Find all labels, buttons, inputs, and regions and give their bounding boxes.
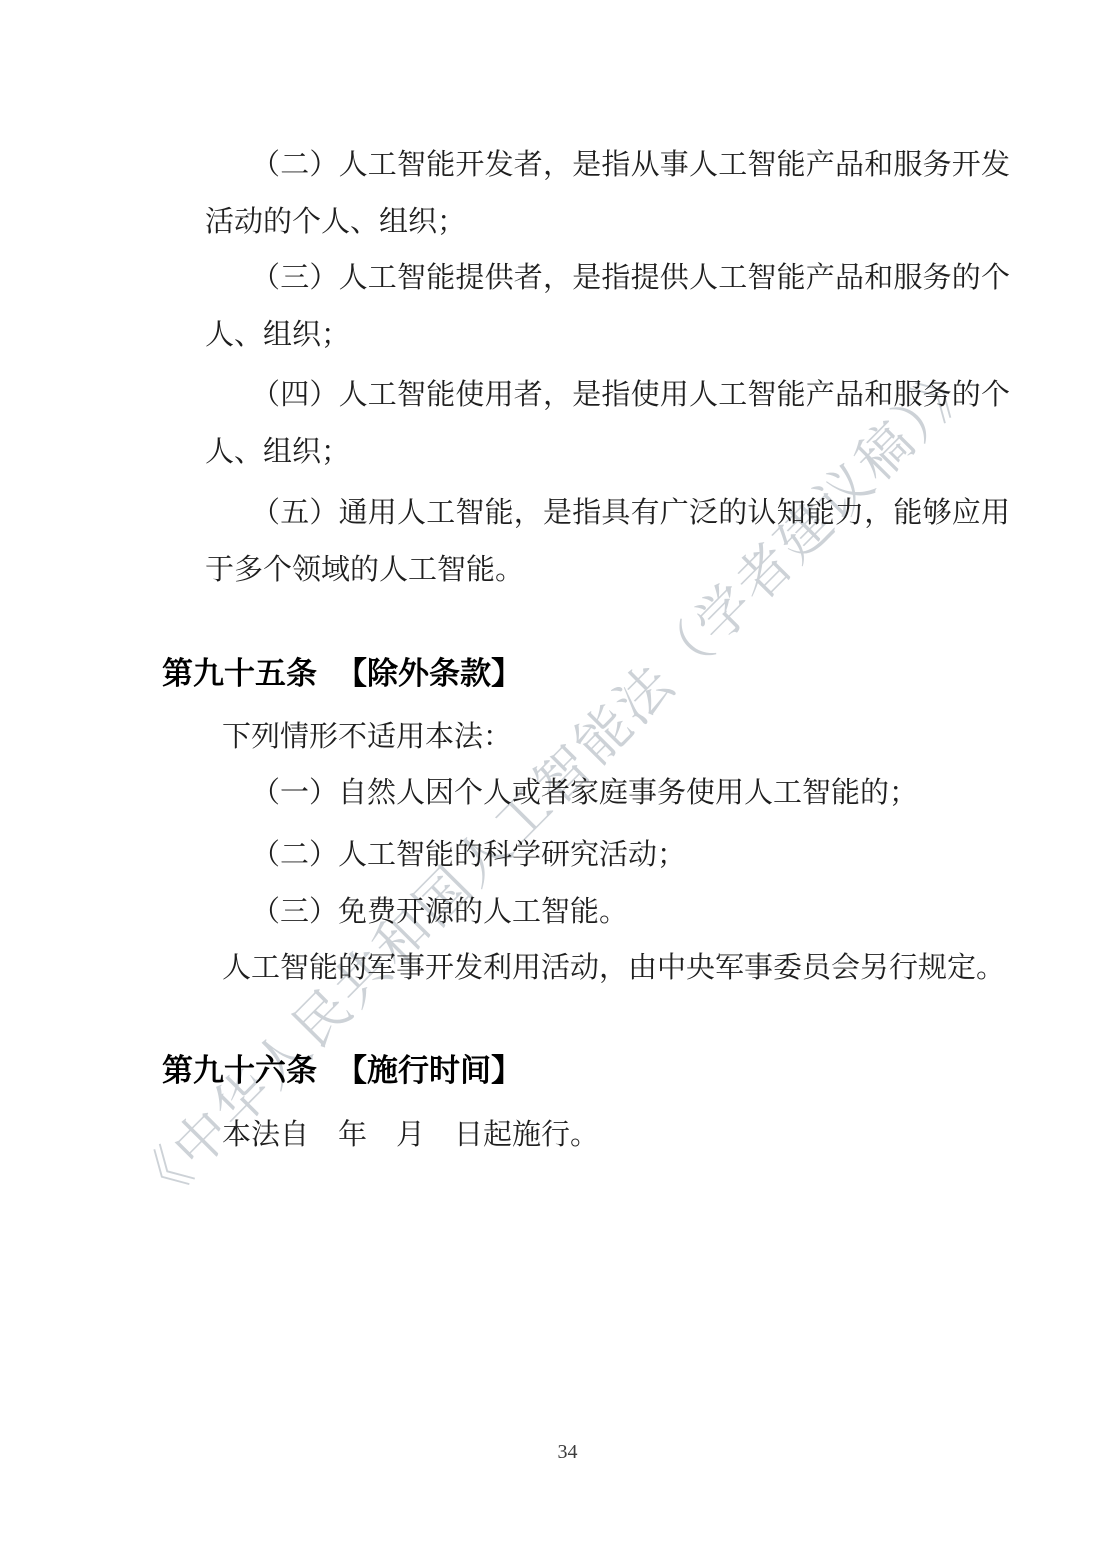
definition-item-5: （五）通用人工智能，是指具有广泛的认知能力，能够应用于多个领域的人工智能。 (205, 485, 1010, 599)
article-95-intro: 下列情形不适用本法： (205, 709, 512, 766)
article-95-number: 第九十五条 (162, 656, 317, 691)
definition-item-4: （四）人工智能使用者，是指使用人工智能产品和服务的个人、组织； (205, 367, 1010, 481)
article-95-closing: 人工智能的军事开发利用活动，由中央军事委员会另行规定。 (205, 940, 1005, 997)
article-96-number: 第九十六条 (162, 1053, 317, 1088)
article-95-title: 【除外条款】 (336, 656, 522, 691)
definition-item-2: （二）人工智能开发者，是指从事人工智能产品和服务开发活动的个人、组织； (205, 137, 1010, 251)
document-page: 《中华人民共和国人工智能法（学者建议稿）》 （二）人工智能开发者，是指从事人工智… (0, 0, 1107, 1565)
article-96-body: 本法自 年 月 日起施行。 (205, 1107, 599, 1164)
article-95-item-1: （一）自然人因个人或者家庭事务使用人工智能的； (205, 765, 918, 822)
article-96-heading: 第九十六条【施行时间】 (162, 1042, 522, 1099)
article-95-heading: 第九十五条【除外条款】 (162, 645, 522, 702)
article-95-item-2: （二）人工智能的科学研究活动； (205, 827, 686, 884)
definition-item-3: （三）人工智能提供者，是指提供人工智能产品和服务的个人、组织； (205, 250, 1010, 364)
article-96-title: 【施行时间】 (336, 1053, 522, 1088)
page-number: 34 (14, 1438, 1107, 1466)
article-95-item-3: （三）免费开源的人工智能。 (205, 884, 628, 941)
